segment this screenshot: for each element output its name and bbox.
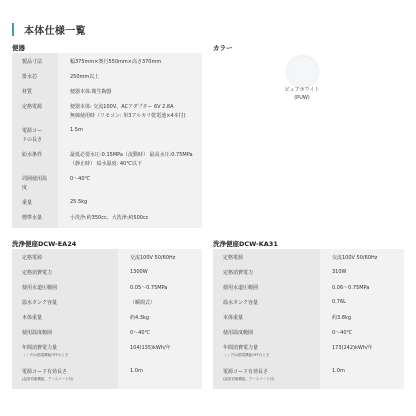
table-row: 定格電源 便器本体: 交流100V、ACアダプター 6V 2.8A 無線使用時（… <box>12 98 202 122</box>
table-row: 周囲使用温度 0～40℃ <box>12 170 202 194</box>
table-row: 使用温度範囲0～40℃ <box>12 324 202 339</box>
table-row: 温水タンク容量（瞬間式） <box>12 294 202 309</box>
table-row: 製品寸法 幅375mm×奥行550mm×高さ370mm <box>12 53 202 68</box>
table-row: 電源コード有効長さ(温度切換機能、アースコード付) 1.0m <box>213 363 404 389</box>
row-value: 0～40℃ <box>58 170 202 194</box>
seat-ka31-heading: 洗浄便座DCW-KA31 <box>213 239 278 248</box>
row-value: 最低必要水圧:0.15MPa（流動時） 最高水圧:0.75MPa （静止時） 給… <box>58 146 202 170</box>
row-label: 製品寸法 <box>12 53 58 68</box>
color-name: ピュアホワイト (PUW) <box>262 86 342 101</box>
table-row: 本体重量約4.3kg <box>12 309 202 324</box>
row-label: 排水芯 <box>12 68 58 83</box>
row-value: 小洗浄:約350cc、大洗浄:約500cc <box>58 209 202 228</box>
table-row: 温水タンク容量0.76L <box>213 294 404 309</box>
color-heading: カラー <box>213 43 233 52</box>
seat-ea24-heading: 洗浄便座DCW-EA24 <box>12 239 76 248</box>
table-row: 使用水道圧範囲0.06～0.75MPa <box>213 279 404 294</box>
color-swatch-pure-white[interactable] <box>287 56 318 87</box>
table-row: 年間消費電力量（ ）内は節電機能OFFのとき 104(135)kWh/年 <box>12 339 202 363</box>
row-value: 便器本体: 交流100V、ACアダプター 6V 2.8A 無線使用時（リモコン:… <box>58 98 202 122</box>
row-value: 250mm以上 <box>58 68 202 83</box>
table-row: 重量 25.5kg <box>12 194 202 209</box>
page-title: 本体仕様一覧 <box>12 22 86 36</box>
row-label: 定格電源 <box>12 98 58 122</box>
row-value: 1.5m <box>58 122 202 146</box>
toilet-spec-table: 製品寸法 幅375mm×奥行550mm×高さ370mm 排水芯 250mm以上 … <box>12 53 202 228</box>
row-label: 重量 <box>12 194 58 209</box>
table-row: 使用温度範囲0～40℃ <box>213 324 404 339</box>
table-row: 電源コード有効長さ(温度切換機能、アースコード付) 1.0m <box>12 363 202 389</box>
row-label: 標準水量 <box>12 209 58 228</box>
seat-ea24-spec-table: 定格電源交流100V 50/60Hz 定格消費電力1300W 使用水道圧範囲0.… <box>12 249 202 389</box>
table-row: 使用水道圧範囲0.05～0.75MPa <box>12 279 202 294</box>
table-row: 定格電源交流100V 50/60Hz <box>12 249 202 264</box>
row-label: 電源コードの長さ <box>12 122 58 146</box>
table-row: 電源コードの長さ 1.5m <box>12 122 202 146</box>
row-value: 25.5kg <box>58 194 202 209</box>
table-row: 排水芯 250mm以上 <box>12 68 202 83</box>
seat-ka31-spec-table: 定格電源交流100V 50/60Hz 定格消費電力310W 使用水道圧範囲0.0… <box>213 249 404 389</box>
table-row: 定格消費電力310W <box>213 264 404 279</box>
row-value: 幅375mm×奥行550mm×高さ370mm <box>58 53 202 68</box>
table-row: 材質 便器本体:衛生陶器 <box>12 83 202 98</box>
table-row: 標準水量 小洗浄:約350cc、大洗浄:約500cc <box>12 209 202 228</box>
row-label: 周囲使用温度 <box>12 170 58 194</box>
table-row: 本体重量約3.8kg <box>213 309 404 324</box>
table-row: 定格電源交流100V 50/60Hz <box>213 249 404 264</box>
row-label: 給水条件 <box>12 146 58 170</box>
table-row: 定格消費電力1300W <box>12 264 202 279</box>
toilet-heading: 便器 <box>12 43 25 52</box>
table-row: 給水条件 最低必要水圧:0.15MPa（流動時） 最高水圧:0.75MPa （静… <box>12 146 202 170</box>
row-label: 材質 <box>12 83 58 98</box>
table-row: 年間消費電力量（ ）内は節電機能OFFのとき 173(242)kWh/年 <box>213 339 404 363</box>
accent-bar <box>12 23 14 36</box>
row-value: 便器本体:衛生陶器 <box>58 83 202 98</box>
